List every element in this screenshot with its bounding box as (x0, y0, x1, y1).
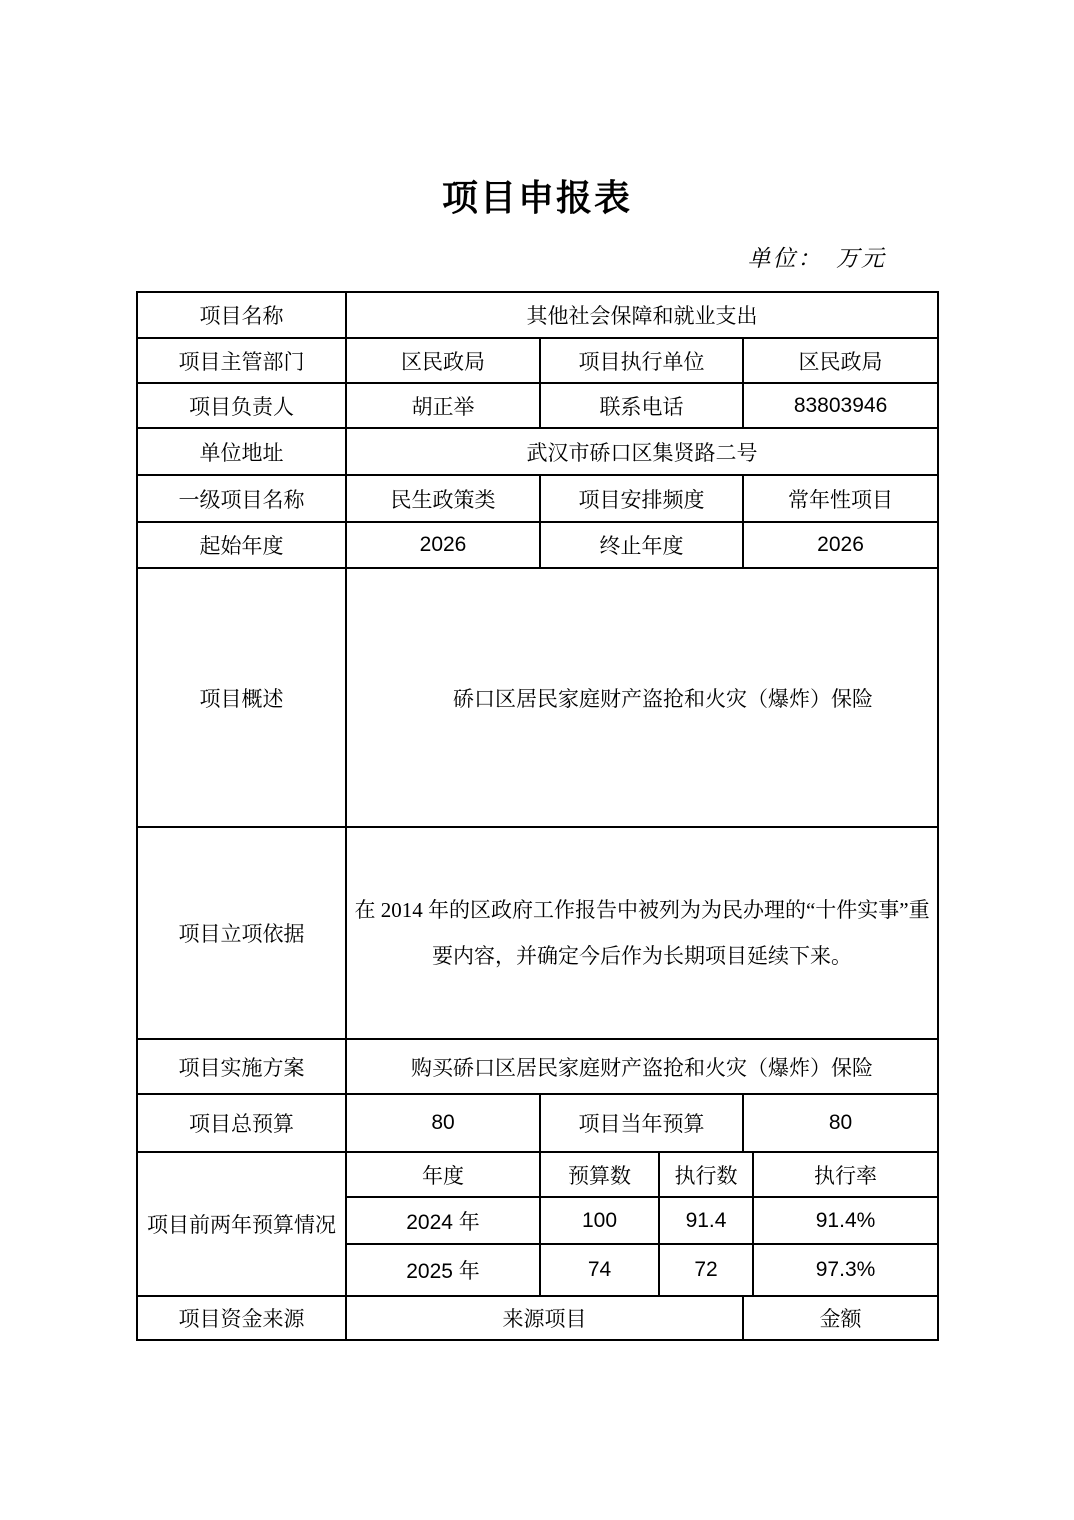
history-label: 项目前两年预算情况 (137, 1152, 346, 1296)
exec-unit-label: 项目执行单位 (540, 338, 743, 383)
overview-label: 项目概述 (137, 568, 346, 827)
history-2024-rate: 91.4% (753, 1197, 938, 1244)
project-application-table: 项目名称 其他社会保障和就业支出 项目主管部门 区民政局 项目执行单位 区民政局… (136, 291, 939, 1341)
row-level1: 一级项目名称 民生政策类 项目安排频度 常年性项目 (137, 475, 938, 522)
history-header-year: 年度 (346, 1152, 540, 1197)
history-header-budget: 预算数 (540, 1152, 659, 1197)
leader-value: 胡正举 (346, 383, 540, 428)
leader-label: 项目负责人 (137, 383, 346, 428)
row-address: 单位地址 武汉市硚口区集贤路二号 (137, 428, 938, 475)
level1-label: 一级项目名称 (137, 475, 346, 522)
row-project-name: 项目名称 其他社会保障和就业支出 (137, 292, 938, 338)
row-leader: 项目负责人 胡正举 联系电话 83803946 (137, 383, 938, 428)
funding-amount-header: 金额 (743, 1296, 938, 1340)
history-2024-executed: 91.4 (659, 1197, 753, 1244)
address-label: 单位地址 (137, 428, 346, 475)
unit-label: 单位： 万元 (136, 246, 938, 272)
overview-value: 硚口区居民家庭财产盗抢和火灾（爆炸）保险 (346, 568, 938, 827)
total-budget-value: 80 (346, 1094, 540, 1152)
history-2025-executed: 72 (659, 1244, 753, 1296)
history-2025-year: 2025 年 (346, 1244, 540, 1296)
row-plan: 项目实施方案 购买硚口区居民家庭财产盗抢和火灾（爆炸）保险 (137, 1039, 938, 1094)
plan-label: 项目实施方案 (137, 1039, 346, 1094)
phone-value: 83803946 (743, 383, 938, 428)
row-budget: 项目总预算 80 项目当年预算 80 (137, 1094, 938, 1152)
dept-label: 项目主管部门 (137, 338, 346, 383)
document-page: 项目申报表 单位： 万元 项目名称 其他社会保障和就业支出 项目主管部门 区民政… (0, 0, 1074, 1520)
history-2024-budget: 100 (540, 1197, 659, 1244)
project-name-value: 其他社会保障和就业支出 (346, 292, 938, 338)
level1-value: 民生政策类 (346, 475, 540, 522)
start-year-label: 起始年度 (137, 522, 346, 568)
dept-value: 区民政局 (346, 338, 540, 383)
history-2024-year: 2024 年 (346, 1197, 540, 1244)
history-header-rate: 执行率 (753, 1152, 938, 1197)
document-content: 项目申报表 单位： 万元 项目名称 其他社会保障和就业支出 项目主管部门 区民政… (136, 0, 938, 1341)
total-budget-label: 项目总预算 (137, 1094, 346, 1152)
row-overview: 项目概述 硚口区居民家庭财产盗抢和火灾（爆炸）保险 (137, 568, 938, 827)
row-history-header: 项目前两年预算情况 年度 预算数 执行数 执行率 (137, 1152, 938, 1197)
history-header-executed: 执行数 (659, 1152, 753, 1197)
row-years: 起始年度 2026 终止年度 2026 (137, 522, 938, 568)
basis-value: 在 2014 年的区政府工作报告中被列为为民办理的“十件实事”重要内容，并确定今… (346, 827, 938, 1039)
plan-value: 购买硚口区居民家庭财产盗抢和火灾（爆炸）保险 (346, 1039, 938, 1094)
row-funding: 项目资金来源 来源项目 金额 (137, 1296, 938, 1340)
frequency-value: 常年性项目 (743, 475, 938, 522)
exec-unit-value: 区民政局 (743, 338, 938, 383)
end-year-value: 2026 (743, 522, 938, 568)
phone-label: 联系电话 (540, 383, 743, 428)
basis-label: 项目立项依据 (137, 827, 346, 1039)
year-budget-value: 80 (743, 1094, 938, 1152)
history-2025-budget: 74 (540, 1244, 659, 1296)
row-departments: 项目主管部门 区民政局 项目执行单位 区民政局 (137, 338, 938, 383)
page-title: 项目申报表 (136, 176, 938, 220)
start-year-value: 2026 (346, 522, 540, 568)
history-2025-rate: 97.3% (753, 1244, 938, 1296)
year-budget-label: 项目当年预算 (540, 1094, 743, 1152)
funding-source-header: 来源项目 (346, 1296, 743, 1340)
funding-label: 项目资金来源 (137, 1296, 346, 1340)
project-name-label: 项目名称 (137, 292, 346, 338)
end-year-label: 终止年度 (540, 522, 743, 568)
frequency-label: 项目安排频度 (540, 475, 743, 522)
address-value: 武汉市硚口区集贤路二号 (346, 428, 938, 475)
row-basis: 项目立项依据 在 2014 年的区政府工作报告中被列为为民办理的“十件实事”重要… (137, 827, 938, 1039)
